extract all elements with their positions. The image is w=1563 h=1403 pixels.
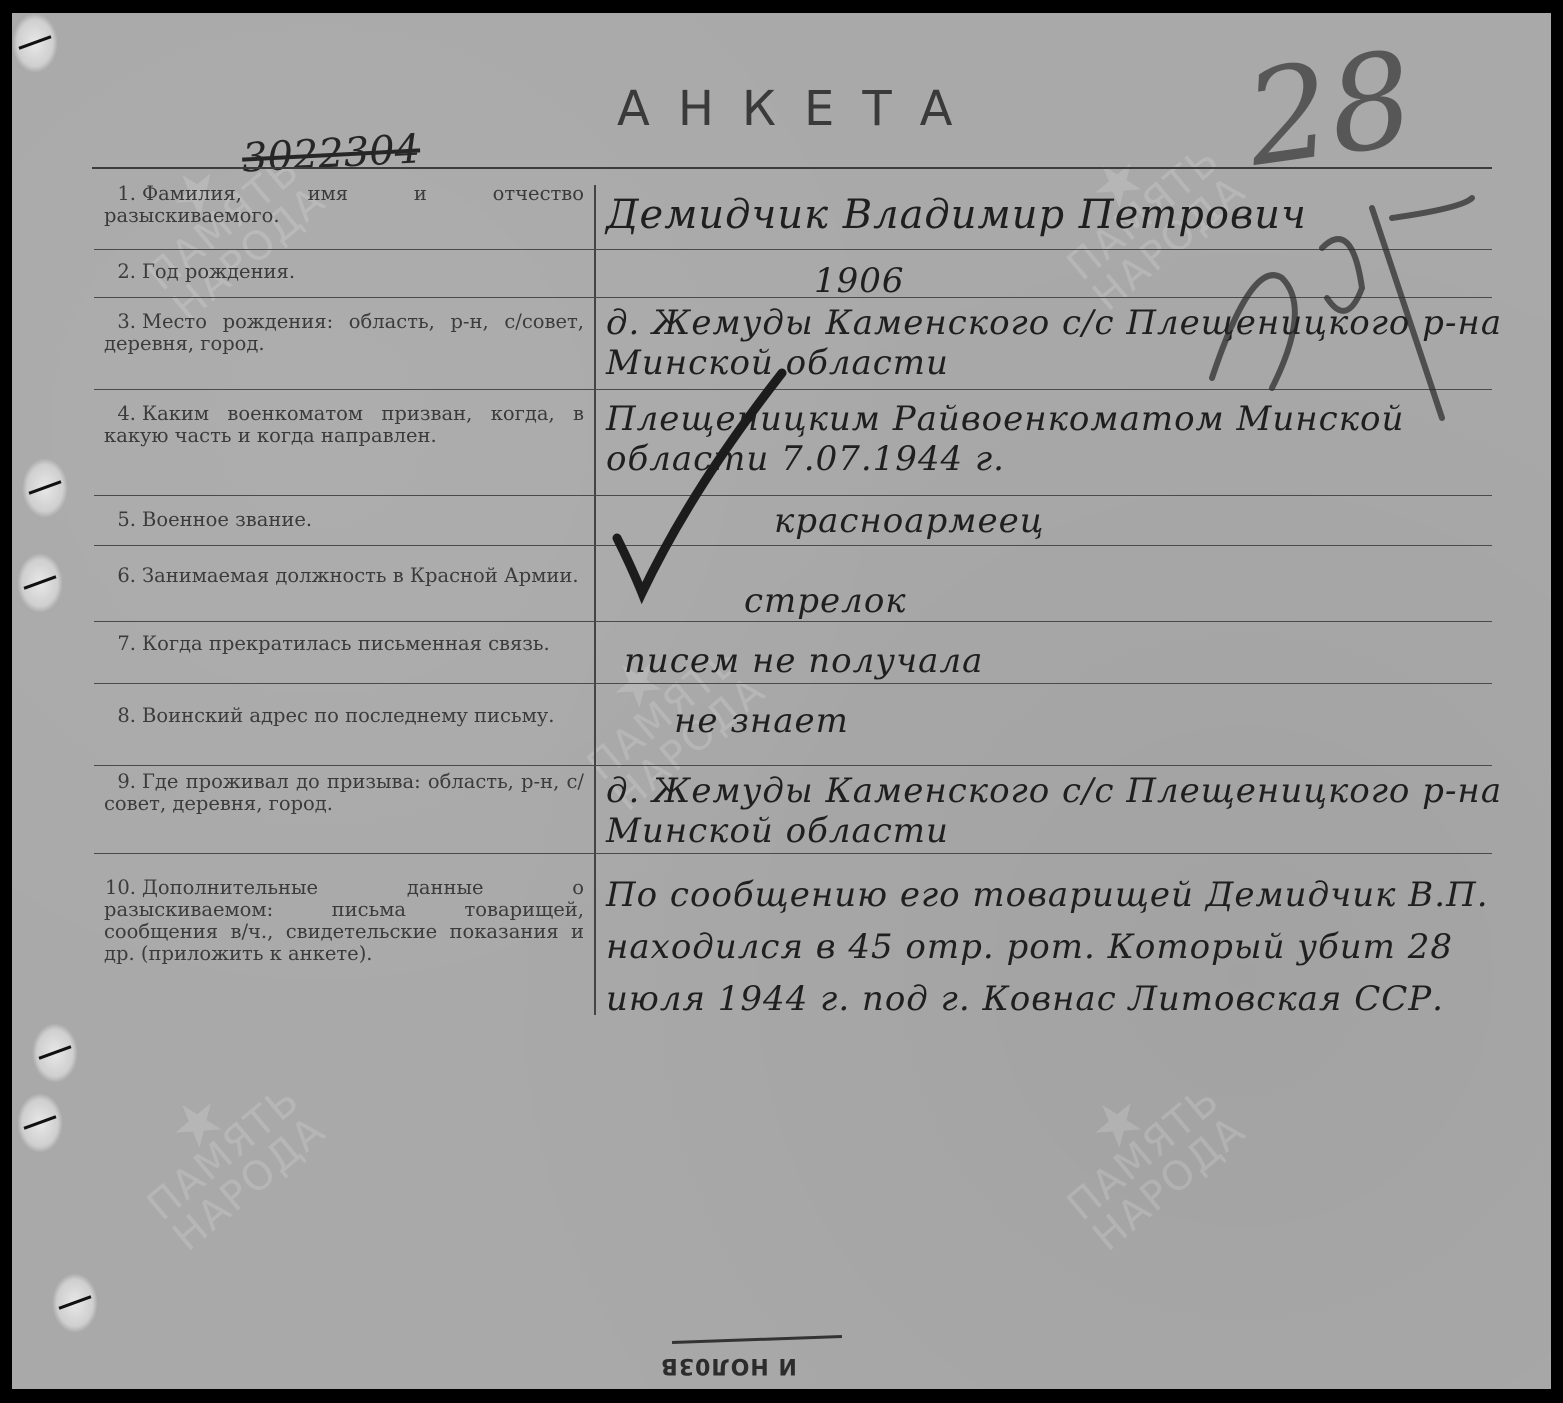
document-page: ★ПАМЯТЬНАРОДА ★ПАМЯТЬНАРОДА ★ПАМЯТЬНАРОД…: [12, 13, 1551, 1389]
punch-hole: [12, 13, 58, 73]
row-label: 3.Место рождения: область, р-н, с/совет,…: [94, 311, 584, 355]
row-label: 7.Когда прекратилась письменная связь.: [94, 633, 584, 655]
watermark: ★ПАМЯТЬНАРОДА: [115, 1048, 333, 1258]
header-rule: [92, 167, 1492, 169]
form-row: 10.Дополнительные данные о разыскиваемом…: [94, 853, 1492, 1013]
row-label: 4.Каким военкоматом призван, когда, в ка…: [94, 403, 584, 447]
row-label: 9.Где проживал до призыва: область, р-н,…: [94, 771, 584, 815]
form-row: 9.Где проживал до призыва: область, р-н,…: [94, 765, 1492, 854]
row-answer: стрелок: [744, 581, 1551, 621]
star-icon: ★: [1035, 1048, 1201, 1197]
bottom-stamp: И НОЛ03В: [660, 1353, 797, 1378]
punch-hole: [17, 553, 63, 613]
row-label: 5.Военное звание.: [94, 509, 584, 531]
row-label: 8.Воинский адрес по последнему письму.: [94, 705, 584, 727]
punch-hole: [52, 1273, 98, 1333]
row-label: 2.Год рождения.: [94, 261, 584, 283]
pencil-scribble: [1172, 178, 1492, 438]
row-label: 1.Фамилия, имя и отчество разыскиваемого…: [94, 183, 584, 227]
row-answer: По сообщению его товарищей Демидчик В.П.…: [606, 869, 1526, 1025]
star-icon: ★: [115, 1048, 281, 1197]
row-answer: д. Жемуды Каменского с/с Плещеницкого р-…: [606, 771, 1506, 851]
form-row: 8.Воинский адрес по последнему письму. н…: [94, 683, 1492, 766]
stamp-rule: [672, 1335, 842, 1344]
row-answer: не знает: [674, 701, 1551, 741]
row-answer: красноармеец: [774, 501, 1551, 541]
checkmark-icon: [612, 368, 812, 618]
punch-hole: [32, 1023, 78, 1083]
pencil-number: 28: [1237, 22, 1422, 196]
row-label: 6.Занимаемая должность в Красной Армии.: [94, 565, 584, 587]
document-title: АНКЕТА: [617, 81, 981, 137]
row-label: 10.Дополнительные данные о разыскиваемом…: [94, 877, 584, 965]
row-answer: писем не получала: [624, 641, 1524, 681]
form-row: 7.Когда прекратилась письменная связь. п…: [94, 621, 1492, 684]
punch-hole: [17, 1093, 63, 1153]
watermark: ★ПАМЯТЬНАРОДА: [1035, 1048, 1253, 1258]
punch-hole: [22, 458, 68, 518]
